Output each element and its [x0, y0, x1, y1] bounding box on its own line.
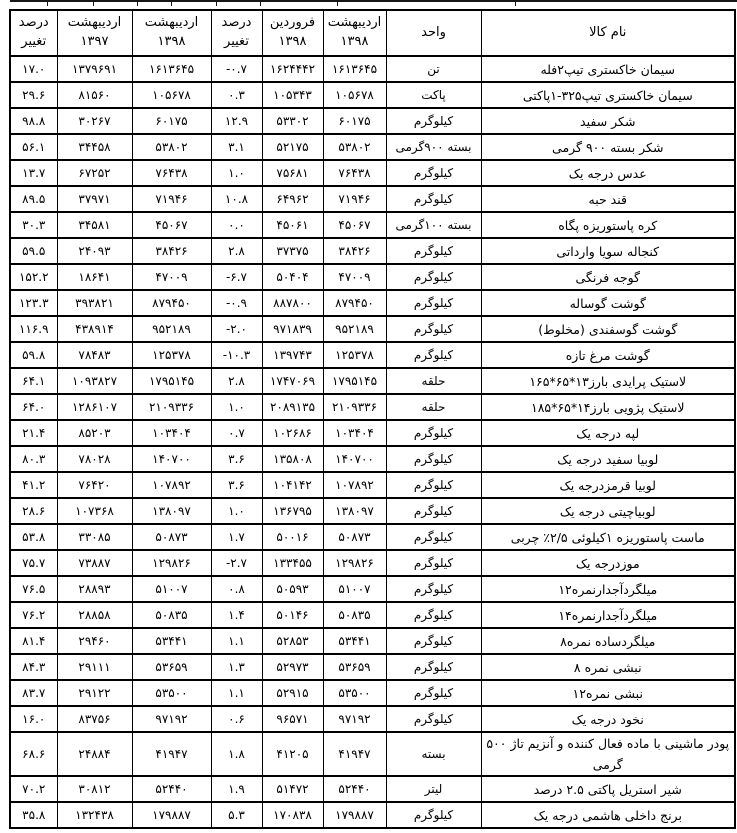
table-row: لوبیا سفید درجه یککیلوگرم۱۴۰۷۰۰۱۳۵۸۰۸۳.۶… — [10, 446, 735, 472]
cell-ordibehesht-1398-b: ۵۳۸۰۲ — [132, 134, 211, 160]
cell-ordibehesht-1398: ۴۱۹۴۷ — [323, 732, 386, 776]
cell-farvardin-1398: ۵۰۰۱۶ — [262, 524, 323, 550]
cell-farvardin-1398: ۴۵۰۶۱ — [262, 212, 323, 238]
cell-farvardin-1398: ۱۶۲۴۴۴۲ — [262, 56, 323, 82]
cell-percent-change-year: ۸۳.۷ — [10, 680, 57, 706]
cell-name: قند حبه — [481, 186, 735, 212]
cell-ordibehesht-1398: ۱۲۵۳۷۸ — [323, 342, 386, 368]
cell-unit: کیلوگرم — [386, 628, 481, 654]
cell-name: لوبیاچیتی درجه یک — [481, 498, 735, 524]
scanned-price-table-page: نام کالاواحداردیبهشت۱۳۹۸فروردین۱۳۹۸درصدت… — [0, 0, 737, 833]
cell-ordibehesht-1398-b: ۱۲۵۳۷۸ — [132, 342, 211, 368]
cell-name: کره پاستوریزه پگاه — [481, 212, 735, 238]
cell-farvardin-1398: ۷۵۶۸۱ — [262, 160, 323, 186]
cell-farvardin-1398: ۶۴۹۶۲ — [262, 186, 323, 212]
cell-ordibehesht-1397: ۶۷۲۵۲ — [57, 160, 132, 186]
cell-farvardin-1398: ۵۰۴۰۴ — [262, 264, 323, 290]
cell-unit: کیلوگرم — [386, 802, 481, 828]
cell-percent-change-month: ۰.۷ — [211, 420, 262, 446]
cell-ordibehesht-1398: ۱۷۹۸۸۷ — [323, 802, 386, 828]
table-row: سیمان خاکستری تیپ۲فلهتن۱۶۱۳۶۴۵۱۶۲۴۴۴۲-۰.… — [10, 56, 735, 82]
cell-percent-change-year: ۲۱.۴ — [10, 420, 57, 446]
cell-percent-change-year: ۲۸.۶ — [10, 498, 57, 524]
cell-ordibehesht-1398: ۶۰۱۷۵ — [323, 108, 386, 134]
cell-percent-change-month: ۱.۳ — [211, 654, 262, 680]
cell-ordibehesht-1397: ۲۸۸۹۳ — [57, 576, 132, 602]
table-row: گوشت گوسفندی (مخلوط)کیلوگرم۹۵۲۱۸۹۹۷۱۸۳۹-… — [10, 316, 735, 342]
table-row: کنجاله سویا وارداتیکیلوگرم۳۸۴۲۶۳۷۳۷۵۲.۸۳… — [10, 238, 735, 264]
cell-ordibehesht-1397: ۳۰۲۶۷ — [57, 108, 132, 134]
cell-ordibehesht-1397: ۴۳۸۹۱۴ — [57, 316, 132, 342]
cell-percent-change-month: ۱.۸ — [211, 732, 262, 776]
cell-ordibehesht-1397: ۷۸۴۸۳ — [57, 342, 132, 368]
cell-farvardin-1398: ۵۰۵۹۳ — [262, 576, 323, 602]
cell-ordibehesht-1397: ۱۳۲۴۳۸ — [57, 802, 132, 828]
cell-percent-change-year: ۹۸.۸ — [10, 108, 57, 134]
top-edge-tick — [137, 2, 138, 6]
table-body: سیمان خاکستری تیپ۲فلهتن۱۶۱۳۶۴۵۱۶۲۴۴۴۲-۰.… — [10, 56, 735, 828]
cell-ordibehesht-1398: ۱۲۹۸۲۶ — [323, 550, 386, 576]
top-edge-tick — [337, 2, 338, 6]
cell-ordibehesht-1398: ۴۷۰۰۹ — [323, 264, 386, 290]
cell-farvardin-1398: ۴۱۲۰۵ — [262, 732, 323, 776]
header-line: ۱۳۹۷ — [60, 33, 130, 52]
column-header-ordibehesht-1398-b: اردیبهشت۱۳۹۸ — [132, 10, 211, 56]
table-row: شیر استریل پاکتی ۲.۵ درصدلیتر۵۲۴۴۰۵۱۴۷۲۱… — [10, 776, 735, 802]
cell-ordibehesht-1398: ۵۱۰۰۷ — [323, 576, 386, 602]
cell-ordibehesht-1398: ۵۳۴۴۱ — [323, 628, 386, 654]
cell-percent-change-month: ۱۲.۹ — [211, 108, 262, 134]
cell-name: گوشت مرغ تازه — [481, 342, 735, 368]
column-header-percent-change-year: درصدتغییر — [10, 10, 57, 56]
header-line: اردیبهشت — [60, 14, 130, 33]
header-line: تغییر — [214, 33, 260, 52]
cell-ordibehesht-1398-b: ۴۱۹۴۷ — [132, 732, 211, 776]
cell-farvardin-1398: ۵۲۱۷۵ — [262, 134, 323, 160]
cell-ordibehesht-1397: ۷۳۸۸۷ — [57, 550, 132, 576]
header-line: ۱۳۹۸ — [326, 33, 384, 52]
cell-ordibehesht-1397: ۲۹۱۲۲ — [57, 680, 132, 706]
cell-ordibehesht-1397: ۱۳۷۹۶۹۱ — [57, 56, 132, 82]
table-row: لاستیک پرایدی بارز۱۳*۶۵*۱۶۵حلقه۱۷۹۵۱۴۵۱۷… — [10, 368, 735, 394]
header-line: درصد — [214, 14, 260, 33]
cell-percent-change-year: ۸۱.۴ — [10, 628, 57, 654]
cell-ordibehesht-1397: ۳۴۵۸۱ — [57, 212, 132, 238]
cell-ordibehesht-1398-b: ۵۰۸۳۵ — [132, 602, 211, 628]
cell-ordibehesht-1397: ۷۶۴۲۰ — [57, 472, 132, 498]
table-row: نبشی نمره۱۲کیلوگرم۵۳۵۰۰۵۲۹۱۵۱.۱۵۳۵۰۰۲۹۱۲… — [10, 680, 735, 706]
cell-percent-change-month: ۱.۰ — [211, 394, 262, 420]
cell-percent-change-month: ۲.۸ — [211, 368, 262, 394]
cell-name: نبشی نمره۱۲ — [481, 680, 735, 706]
cell-name: لپه درجه یک — [481, 420, 735, 446]
cell-unit: کیلوگرم — [386, 264, 481, 290]
cell-name: سیمان خاکستری تیپ۲فله — [481, 56, 735, 82]
cell-unit: کیلوگرم — [386, 524, 481, 550]
cell-percent-change-year: ۵۳.۸ — [10, 524, 57, 550]
cell-name: نبشی نمره ۸ — [481, 654, 735, 680]
cell-percent-change-year: ۱۳.۷ — [10, 160, 57, 186]
cell-ordibehesht-1398-b: ۵۳۴۴۱ — [132, 628, 211, 654]
cell-farvardin-1398: ۱۷۰۸۳۸ — [262, 802, 323, 828]
cell-ordibehesht-1397: ۱۰۹۳۸۲۷ — [57, 368, 132, 394]
cell-percent-change-month: ۰.۸ — [211, 576, 262, 602]
cell-name: موزدرجه یک — [481, 550, 735, 576]
table-row: گوشت مرغ تازهکیلوگرم۱۲۵۳۷۸۱۳۹۷۴۳-۱۰.۳۱۲۵… — [10, 342, 735, 368]
cell-ordibehesht-1398-b: ۱۰۳۴۰۴ — [132, 420, 211, 446]
cell-ordibehesht-1398-b: ۱۶۱۳۶۴۵ — [132, 56, 211, 82]
top-edge-tick — [216, 2, 217, 6]
cell-ordibehesht-1397: ۸۳۷۵۶ — [57, 706, 132, 732]
cell-ordibehesht-1397: ۳۳۰۸۵ — [57, 524, 132, 550]
cell-ordibehesht-1398: ۵۳۵۰۰ — [323, 680, 386, 706]
cell-ordibehesht-1398-b: ۱۷۹۸۸۷ — [132, 802, 211, 828]
cell-name: کنجاله سویا وارداتی — [481, 238, 735, 264]
cell-farvardin-1398: ۱۰۵۳۴۳ — [262, 82, 323, 108]
cell-ordibehesht-1398: ۱۰۷۸۹۲ — [323, 472, 386, 498]
cell-percent-change-month: ۱.۹ — [211, 776, 262, 802]
table-row: لاستیک پژویی بارز۱۴*۶۵*۱۸۵حلقه۲۱۰۹۳۳۶۲۰۸… — [10, 394, 735, 420]
table-row: لپه درجه یککیلوگرم۱۰۳۴۰۴۱۰۲۶۸۶۰.۷۱۰۳۴۰۴۸… — [10, 420, 735, 446]
cell-percent-change-year: ۱۵۲.۲ — [10, 264, 57, 290]
cell-percent-change-year: ۸۰.۳ — [10, 446, 57, 472]
cell-percent-change-year: ۶۴.۱ — [10, 368, 57, 394]
cell-unit: تن — [386, 56, 481, 82]
commodity-price-table: نام کالاواحداردیبهشت۱۳۹۸فروردین۱۳۹۸درصدت… — [9, 9, 736, 829]
cell-name: پودر ماشینی با ماده فعال کننده و آنزیم ت… — [481, 732, 735, 776]
cell-unit: بسته — [386, 732, 481, 776]
column-header-unit: واحد — [386, 10, 481, 56]
cell-unit: کیلوگرم — [386, 498, 481, 524]
cell-ordibehesht-1398-b: ۶۰۱۷۵ — [132, 108, 211, 134]
cell-unit: بسته ۱۰۰گرمی — [386, 212, 481, 238]
column-header-ordibehesht-1398: اردیبهشت۱۳۹۸ — [323, 10, 386, 56]
cell-unit: کیلوگرم — [386, 108, 481, 134]
table-row: گوشت گوسالهکیلوگرم۸۷۹۴۵۰۸۸۷۸۰۰-۰.۹۸۷۹۴۵۰… — [10, 290, 735, 316]
cell-ordibehesht-1397: ۳۰۸۱۲ — [57, 776, 132, 802]
cell-ordibehesht-1398-b: ۹۷۱۹۲ — [132, 706, 211, 732]
cell-ordibehesht-1398-b: ۷۶۴۳۸ — [132, 160, 211, 186]
cell-ordibehesht-1397: ۲۸۸۵۸ — [57, 602, 132, 628]
top-edge-tick — [171, 2, 172, 6]
cell-ordibehesht-1398-b: ۵۲۴۴۰ — [132, 776, 211, 802]
cell-percent-change-month: ۰.۳ — [211, 82, 262, 108]
cell-ordibehesht-1397: ۷۸۰۲۸ — [57, 446, 132, 472]
cell-percent-change-month: ۰.۶ — [211, 706, 262, 732]
cell-farvardin-1398: ۵۱۴۷۲ — [262, 776, 323, 802]
cell-ordibehesht-1398: ۱۶۱۳۶۴۵ — [323, 56, 386, 82]
cell-name: سیمان خاکستری تیپ۳۲۵-۱پاکتی — [481, 82, 735, 108]
top-edge-rule — [10, 0, 737, 2]
cell-name: عدس درجه یک — [481, 160, 735, 186]
cell-ordibehesht-1398-b: ۵۱۰۰۷ — [132, 576, 211, 602]
table-row: موزدرجه یککیلوگرم۱۲۹۸۲۶۱۳۳۴۵۵-۲.۷۱۲۹۸۲۶۷… — [10, 550, 735, 576]
table-row: ماست پاستوریزه ۱کیلوئی ۲/۵٪ چربیکیلوگرم۵… — [10, 524, 735, 550]
cell-ordibehesht-1398-b: ۳۸۴۲۶ — [132, 238, 211, 264]
cell-percent-change-month: -۰.۷ — [211, 56, 262, 82]
header-line: اردیبهشت — [135, 14, 209, 33]
cell-farvardin-1398: ۳۷۳۷۵ — [262, 238, 323, 264]
cell-ordibehesht-1398-b: ۲۱۰۹۳۳۶ — [132, 394, 211, 420]
cell-farvardin-1398: ۱۳۳۴۵۵ — [262, 550, 323, 576]
cell-ordibehesht-1398-b: ۱۴۰۷۰۰ — [132, 446, 211, 472]
cell-percent-change-month: ۱.۱ — [211, 680, 262, 706]
table-row: قند حبهکیلوگرم۷۱۹۴۶۶۴۹۶۲۱۰.۸۷۱۹۴۶۳۷۹۷۱۸۹… — [10, 186, 735, 212]
cell-percent-change-month: ۳.۶ — [211, 446, 262, 472]
cell-name: ماست پاستوریزه ۱کیلوئی ۲/۵٪ چربی — [481, 524, 735, 550]
cell-percent-change-year: ۷۶.۲ — [10, 602, 57, 628]
table-row: لوبیا قرمزدرجه یککیلوگرم۱۰۷۸۹۲۱۰۴۱۴۲۳.۶۱… — [10, 472, 735, 498]
top-edge-tick — [260, 2, 261, 6]
header-line: ۱۳۹۸ — [135, 33, 209, 52]
cell-percent-change-year: ۴۱.۲ — [10, 472, 57, 498]
cell-ordibehesht-1398: ۵۳۶۵۹ — [323, 654, 386, 680]
header-line: تغییر — [13, 33, 55, 52]
cell-ordibehesht-1398: ۲۱۰۹۳۳۶ — [323, 394, 386, 420]
cell-percent-change-month: ۱.۱ — [211, 628, 262, 654]
cell-percent-change-month: -۲.۷ — [211, 550, 262, 576]
cell-farvardin-1398: ۱۰۲۶۸۶ — [262, 420, 323, 446]
cell-percent-change-year: ۸۴.۳ — [10, 654, 57, 680]
cell-ordibehesht-1398: ۸۷۹۴۵۰ — [323, 290, 386, 316]
header-line: واحد — [389, 24, 479, 43]
cell-ordibehesht-1398: ۳۸۴۲۶ — [323, 238, 386, 264]
cell-name: شیر استریل پاکتی ۲.۵ درصد — [481, 776, 735, 802]
cell-ordibehesht-1398-b: ۱۰۵۶۷۸ — [132, 82, 211, 108]
cell-unit: کیلوگرم — [386, 680, 481, 706]
cell-percent-change-month: -۶.۷ — [211, 264, 262, 290]
cell-ordibehesht-1398: ۹۵۲۱۸۹ — [323, 316, 386, 342]
table-row: میلگردساده نمره۸کیلوگرم۵۳۴۴۱۵۲۸۵۳۱.۱۵۳۴۴… — [10, 628, 735, 654]
cell-ordibehesht-1398-b: ۱۲۹۸۲۶ — [132, 550, 211, 576]
cell-percent-change-year: ۵۶.۱ — [10, 134, 57, 160]
cell-ordibehesht-1398-b: ۱۷۹۵۱۴۵ — [132, 368, 211, 394]
cell-percent-change-year: ۵۹.۵ — [10, 238, 57, 264]
cell-percent-change-month: ۳.۶ — [211, 472, 262, 498]
column-header-farvardin-1398: فروردین۱۳۹۸ — [262, 10, 323, 56]
cell-farvardin-1398: ۱۷۴۷۰۶۹ — [262, 368, 323, 394]
cell-percent-change-month: ۱.۰ — [211, 160, 262, 186]
cell-name: شکر سفید — [481, 108, 735, 134]
cell-percent-change-year: ۸۹.۵ — [10, 186, 57, 212]
header-line: اردیبهشت — [326, 14, 384, 33]
cell-unit: کیلوگرم — [386, 706, 481, 732]
cell-percent-change-year: ۱۶.۰ — [10, 706, 57, 732]
cell-ordibehesht-1398: ۵۳۸۰۲ — [323, 134, 386, 160]
cell-name: نخود درجه یک — [481, 706, 735, 732]
cell-unit: کیلوگرم — [386, 186, 481, 212]
column-header-ordibehesht-1397: اردیبهشت۱۳۹۷ — [57, 10, 132, 56]
table-row: عدس درجه یککیلوگرم۷۶۴۳۸۷۵۶۸۱۱.۰۷۶۴۳۸۶۷۲۵… — [10, 160, 735, 186]
cell-unit: پاکت — [386, 82, 481, 108]
cell-ordibehesht-1398-b: ۵۰۸۷۳ — [132, 524, 211, 550]
header-line: ۱۳۹۸ — [265, 33, 321, 52]
cell-farvardin-1398: ۹۷۱۸۳۹ — [262, 316, 323, 342]
cell-farvardin-1398: ۵۳۳۰۲ — [262, 108, 323, 134]
cell-ordibehesht-1398-b: ۴۷۰۰۹ — [132, 264, 211, 290]
cell-farvardin-1398: ۲۰۸۹۱۳۵ — [262, 394, 323, 420]
cell-ordibehesht-1397: ۳۴۴۵۸ — [57, 134, 132, 160]
cell-percent-change-month: ۲.۸ — [211, 238, 262, 264]
cell-unit: کیلوگرم — [386, 472, 481, 498]
cell-percent-change-month: ۵.۳ — [211, 802, 262, 828]
cell-unit: کیلوگرم — [386, 576, 481, 602]
cell-name: لاستیک پرایدی بارز۱۳*۶۵*۱۶۵ — [481, 368, 735, 394]
table-row: نخود درجه یککیلوگرم۹۷۱۹۲۹۶۵۷۱۰.۶۹۷۱۹۲۸۳۷… — [10, 706, 735, 732]
cell-ordibehesht-1398: ۵۲۴۴۰ — [323, 776, 386, 802]
cell-ordibehesht-1398-b: ۹۵۲۱۸۹ — [132, 316, 211, 342]
header-row: نام کالاواحداردیبهشت۱۳۹۸فروردین۱۳۹۸درصدت… — [10, 10, 735, 56]
cell-percent-change-year: ۷۰.۲ — [10, 776, 57, 802]
cell-ordibehesht-1397: ۳۹۳۸۲۱ — [57, 290, 132, 316]
cell-unit: کیلوگرم — [386, 342, 481, 368]
cell-name: برنج داخلی هاشمی درجه یک — [481, 802, 735, 828]
cell-ordibehesht-1398: ۵۰۸۳۵ — [323, 602, 386, 628]
table-row: میلگردآجدارنمره۱۴کیلوگرم۵۰۸۳۵۵۰۱۴۶۱.۴۵۰۸… — [10, 602, 735, 628]
cell-percent-change-month: ۱.۷ — [211, 524, 262, 550]
cell-ordibehesht-1398: ۵۰۸۷۳ — [323, 524, 386, 550]
cell-farvardin-1398: ۵۰۱۴۶ — [262, 602, 323, 628]
cell-ordibehesht-1398-b: ۸۷۹۴۵۰ — [132, 290, 211, 316]
cell-name: میلگردساده نمره۸ — [481, 628, 735, 654]
table-row: نبشی نمره ۸کیلوگرم۵۳۶۵۹۵۲۹۷۳۱.۳۵۳۶۵۹۲۹۱۱… — [10, 654, 735, 680]
cell-farvardin-1398: ۱۳۹۷۴۳ — [262, 342, 323, 368]
cell-unit: کیلوگرم — [386, 316, 481, 342]
cell-ordibehesht-1397: ۲۹۱۱۱ — [57, 654, 132, 680]
cell-ordibehesht-1398: ۷۱۹۴۶ — [323, 186, 386, 212]
cell-name: میلگردآجدارنمره۱۴ — [481, 602, 735, 628]
cell-name: گوجه فرنگی — [481, 264, 735, 290]
cell-name: گوشت گوساله — [481, 290, 735, 316]
header-line: درصد — [13, 14, 55, 33]
cell-ordibehesht-1397: ۲۹۴۶۰ — [57, 628, 132, 654]
cell-name: لاستیک پژویی بارز۱۴*۶۵*۱۸۵ — [481, 394, 735, 420]
header-line: نام کالا — [484, 24, 733, 43]
column-header-percent-change-month: درصدتغییر — [211, 10, 262, 56]
cell-unit: بسته ۹۰۰گرمی — [386, 134, 481, 160]
cell-percent-change-month: ۱۰.۸ — [211, 186, 262, 212]
cell-ordibehesht-1398-b: ۷۱۹۴۶ — [132, 186, 211, 212]
cell-percent-change-month: ۰.۰ — [211, 212, 262, 238]
cell-farvardin-1398: ۱۳۵۸۰۸ — [262, 446, 323, 472]
cell-farvardin-1398: ۱۰۴۱۴۲ — [262, 472, 323, 498]
cell-percent-change-year: ۷۶.۵ — [10, 576, 57, 602]
table-row: برنج داخلی هاشمی درجه یککیلوگرم۱۷۹۸۸۷۱۷۰… — [10, 802, 735, 828]
cell-ordibehesht-1398-b: ۱۰۷۸۹۲ — [132, 472, 211, 498]
cell-ordibehesht-1397: ۳۷۹۷۱ — [57, 186, 132, 212]
cell-percent-change-year: ۳۰.۳ — [10, 212, 57, 238]
cell-farvardin-1398: ۵۲۸۵۳ — [262, 628, 323, 654]
cell-name: لوبیا سفید درجه یک — [481, 446, 735, 472]
table-row: شکر بسته ۹۰۰ گرمیبسته ۹۰۰گرمی۵۳۸۰۲۵۲۱۷۵۳… — [10, 134, 735, 160]
cell-farvardin-1398: ۱۳۶۷۹۵ — [262, 498, 323, 524]
cell-name: شکر بسته ۹۰۰ گرمی — [481, 134, 735, 160]
cell-farvardin-1398: ۸۸۷۸۰۰ — [262, 290, 323, 316]
cell-unit: لیتر — [386, 776, 481, 802]
cell-ordibehesht-1398: ۱۳۸۰۹۷ — [323, 498, 386, 524]
cell-ordibehesht-1398-b: ۴۵۰۶۷ — [132, 212, 211, 238]
cell-ordibehesht-1398-b: ۵۳۵۰۰ — [132, 680, 211, 706]
cell-name: گوشت گوسفندی (مخلوط) — [481, 316, 735, 342]
cell-ordibehesht-1397: ۱۰۷۳۶۸ — [57, 498, 132, 524]
cell-unit: کیلوگرم — [386, 420, 481, 446]
cell-percent-change-year: ۲۹.۶ — [10, 82, 57, 108]
table-row: شکر سفیدکیلوگرم۶۰۱۷۵۵۳۳۰۲۱۲.۹۶۰۱۷۵۳۰۲۶۷۹… — [10, 108, 735, 134]
cell-ordibehesht-1398: ۱۴۰۷۰۰ — [323, 446, 386, 472]
cell-percent-change-year: ۱۲۳.۳ — [10, 290, 57, 316]
cell-farvardin-1398: ۹۶۵۷۱ — [262, 706, 323, 732]
cell-name: لوبیا قرمزدرجه یک — [481, 472, 735, 498]
cell-ordibehesht-1397: ۲۴۸۸۴ — [57, 732, 132, 776]
cell-ordibehesht-1398-b: ۵۳۶۵۹ — [132, 654, 211, 680]
table-row: پودر ماشینی با ماده فعال کننده و آنزیم ت… — [10, 732, 735, 776]
top-edge-tick — [47, 2, 48, 6]
cell-unit: کیلوگرم — [386, 550, 481, 576]
cell-ordibehesht-1398: ۱۰۵۶۷۸ — [323, 82, 386, 108]
cell-farvardin-1398: ۵۲۹۱۵ — [262, 680, 323, 706]
header-line: فروردین — [265, 14, 321, 33]
cell-percent-change-year: ۱۷.۰ — [10, 56, 57, 82]
cell-ordibehesht-1397: ۲۴۰۹۳ — [57, 238, 132, 264]
cell-ordibehesht-1397: ۱۸۶۴۱ — [57, 264, 132, 290]
cell-percent-change-month: -۲.۰ — [211, 316, 262, 342]
cell-percent-change-year: ۶۴.۰ — [10, 394, 57, 420]
table-row: سیمان خاکستری تیپ۳۲۵-۱پاکتیپاکت۱۰۵۶۷۸۱۰۵… — [10, 82, 735, 108]
cell-unit: کیلوگرم — [386, 160, 481, 186]
cell-ordibehesht-1398: ۹۷۱۹۲ — [323, 706, 386, 732]
cell-unit: کیلوگرم — [386, 446, 481, 472]
cell-percent-change-year: ۱۱۶.۹ — [10, 316, 57, 342]
cell-percent-change-year: ۶۸.۶ — [10, 732, 57, 776]
cell-ordibehesht-1397: ۸۱۵۶۰ — [57, 82, 132, 108]
table-row: کره پاستوریزه پگاهبسته ۱۰۰گرمی۴۵۰۶۷۴۵۰۶۱… — [10, 212, 735, 238]
cell-unit: کیلوگرم — [386, 654, 481, 680]
cell-unit: کیلوگرم — [386, 290, 481, 316]
table-row: لوبیاچیتی درجه یککیلوگرم۱۳۸۰۹۷۱۳۶۷۹۵۱.۰۱… — [10, 498, 735, 524]
cell-unit: حلقه — [386, 394, 481, 420]
cell-ordibehesht-1398: ۷۶۴۳۸ — [323, 160, 386, 186]
cell-ordibehesht-1397: ۸۵۲۰۳ — [57, 420, 132, 446]
cell-percent-change-year: ۳۵.۸ — [10, 802, 57, 828]
cell-percent-change-month: ۳.۱ — [211, 134, 262, 160]
cell-ordibehesht-1398: ۴۵۰۶۷ — [323, 212, 386, 238]
cell-unit: کیلوگرم — [386, 602, 481, 628]
cell-percent-change-year: ۷۵.۷ — [10, 550, 57, 576]
top-edge-tick — [515, 2, 516, 6]
cell-unit: کیلوگرم — [386, 238, 481, 264]
cell-percent-change-year: ۵۹.۸ — [10, 342, 57, 368]
cell-ordibehesht-1397: ۱۲۸۶۱۰۷ — [57, 394, 132, 420]
cell-percent-change-month: -۰.۹ — [211, 290, 262, 316]
cell-ordibehesht-1398: ۱۰۳۴۰۴ — [323, 420, 386, 446]
cell-farvardin-1398: ۵۲۹۷۳ — [262, 654, 323, 680]
cell-percent-change-month: -۱۰.۳ — [211, 342, 262, 368]
cell-unit: حلقه — [386, 368, 481, 394]
cell-percent-change-month: ۱.۰ — [211, 498, 262, 524]
cell-ordibehesht-1398: ۱۷۹۵۱۴۵ — [323, 368, 386, 394]
table-row: گوجه فرنگیکیلوگرم۴۷۰۰۹۵۰۴۰۴-۶.۷۴۷۰۰۹۱۸۶۴… — [10, 264, 735, 290]
column-header-name: نام کالا — [481, 10, 735, 56]
top-edge-tick — [93, 2, 94, 6]
table-row: میلگردآجدارنمره۱۲کیلوگرم۵۱۰۰۷۵۰۵۹۳۰.۸۵۱۰… — [10, 576, 735, 602]
cell-ordibehesht-1398-b: ۱۳۸۰۹۷ — [132, 498, 211, 524]
cell-percent-change-month: ۱.۴ — [211, 602, 262, 628]
cell-name: میلگردآجدارنمره۱۲ — [481, 576, 735, 602]
